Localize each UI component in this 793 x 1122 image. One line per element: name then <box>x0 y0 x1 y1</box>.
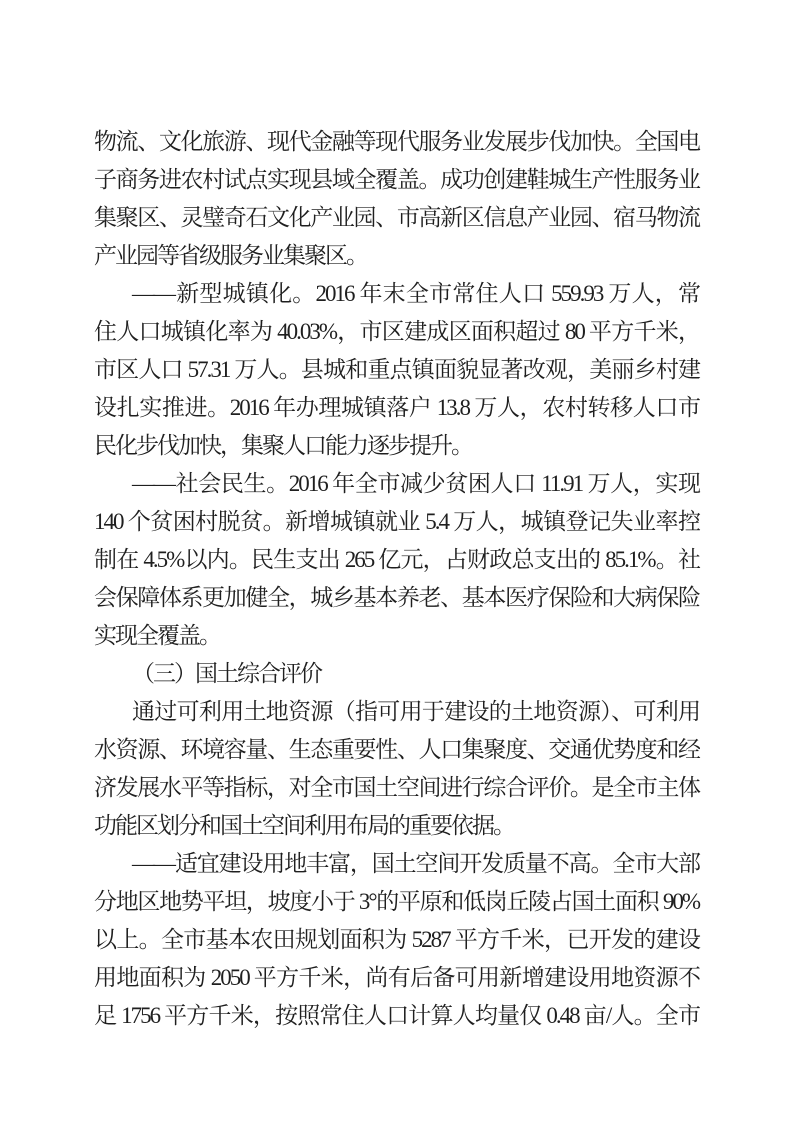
text-line: 住人口城镇化率为 40.03%，市区建成区面积超过 80 平方千米， <box>94 313 699 351</box>
text-line: 分地区地势平坦，坡度小于 3°的平原和低岗丘陵占国土面积 90% <box>94 883 699 921</box>
text-line: 民化步伐加快，集聚人口能力逐步提升。 <box>94 427 699 465</box>
text-line: 140 个贫困村脱贫。新增城镇就业 5.4 万人，城镇登记失业率控 <box>94 503 699 541</box>
paragraph: 通过可利用土地资源（指可用于建设的土地资源）、可利用水资源、环境容量、生态重要性… <box>94 693 699 845</box>
text-line: 水资源、环境容量、生态重要性、人口集聚度、交通优势度和经 <box>94 731 699 769</box>
text-line: 济发展水平等指标，对全市国土空间进行综合评价。是全市主体 <box>94 769 699 807</box>
text-line: 市区人口 57.31 万人。县城和重点镇面貌显著改观，美丽乡村建 <box>94 351 699 389</box>
text-line: 以上。全市基本农田规划面积为 5287 平方千米，已开发的建设 <box>94 921 699 959</box>
text-line: 产业园等省级服务业集聚区。 <box>94 237 699 275</box>
paragraph: ——社会民生。2016 年全市减少贫困人口 11.91 万人，实现140 个贫困… <box>94 465 699 655</box>
text-line: 通过可利用土地资源（指可用于建设的土地资源）、可利用 <box>94 693 699 731</box>
text-line: ——社会民生。2016 年全市减少贫困人口 11.91 万人，实现 <box>94 465 699 503</box>
text-line: 物流、文化旅游、现代金融等现代服务业发展步伐加快。全国电 <box>94 123 699 161</box>
text-line: 集聚区、灵璧奇石文化产业园、市高新区信息产业园、宿马物流 <box>94 199 699 237</box>
text-line: ——适宜建设用地丰富，国土空间开发质量不高。全市大部 <box>94 845 699 883</box>
document-body: 物流、文化旅游、现代金融等现代服务业发展步伐加快。全国电子商务进农村试点实现县域… <box>94 123 699 1035</box>
text-line: 会保障体系更加健全，城乡基本养老、基本医疗保险和大病保险 <box>94 579 699 617</box>
text-line: 足 1756 平方千米，按照常住人口计算人均量仅 0.48 亩/人。全市 <box>94 997 699 1035</box>
text-line: 子商务进农村试点实现县域全覆盖。成功创建鞋城生产性服务业 <box>94 161 699 199</box>
section-heading: （三）国土综合评价 <box>94 655 699 693</box>
text-line: 实现全覆盖。 <box>94 617 699 655</box>
paragraph: ——适宜建设用地丰富，国土空间开发质量不高。全市大部分地区地势平坦，坡度小于 3… <box>94 845 699 1035</box>
text-line: 设扎实推进。2016 年办理城镇落户 13.8 万人，农村转移人口市 <box>94 389 699 427</box>
text-line: ——新型城镇化。2016 年末全市常住人口 559.93 万人，常 <box>94 275 699 313</box>
document-page: 物流、文化旅游、现代金融等现代服务业发展步伐加快。全国电子商务进农村试点实现县域… <box>0 0 793 1122</box>
heading-line: （三）国土综合评价 <box>94 655 699 693</box>
paragraph: 物流、文化旅游、现代金融等现代服务业发展步伐加快。全国电子商务进农村试点实现县域… <box>94 123 699 275</box>
paragraph: ——新型城镇化。2016 年末全市常住人口 559.93 万人，常住人口城镇化率… <box>94 275 699 465</box>
text-line: 制在 4.5%以内。民生支出 265 亿元，占财政总支出的 85.1%。社 <box>94 541 699 579</box>
text-line: 用地面积为 2050 平方千米，尚有后备可用新增建设用地资源不 <box>94 959 699 997</box>
text-line: 功能区划分和国土空间利用布局的重要依据。 <box>94 807 699 845</box>
